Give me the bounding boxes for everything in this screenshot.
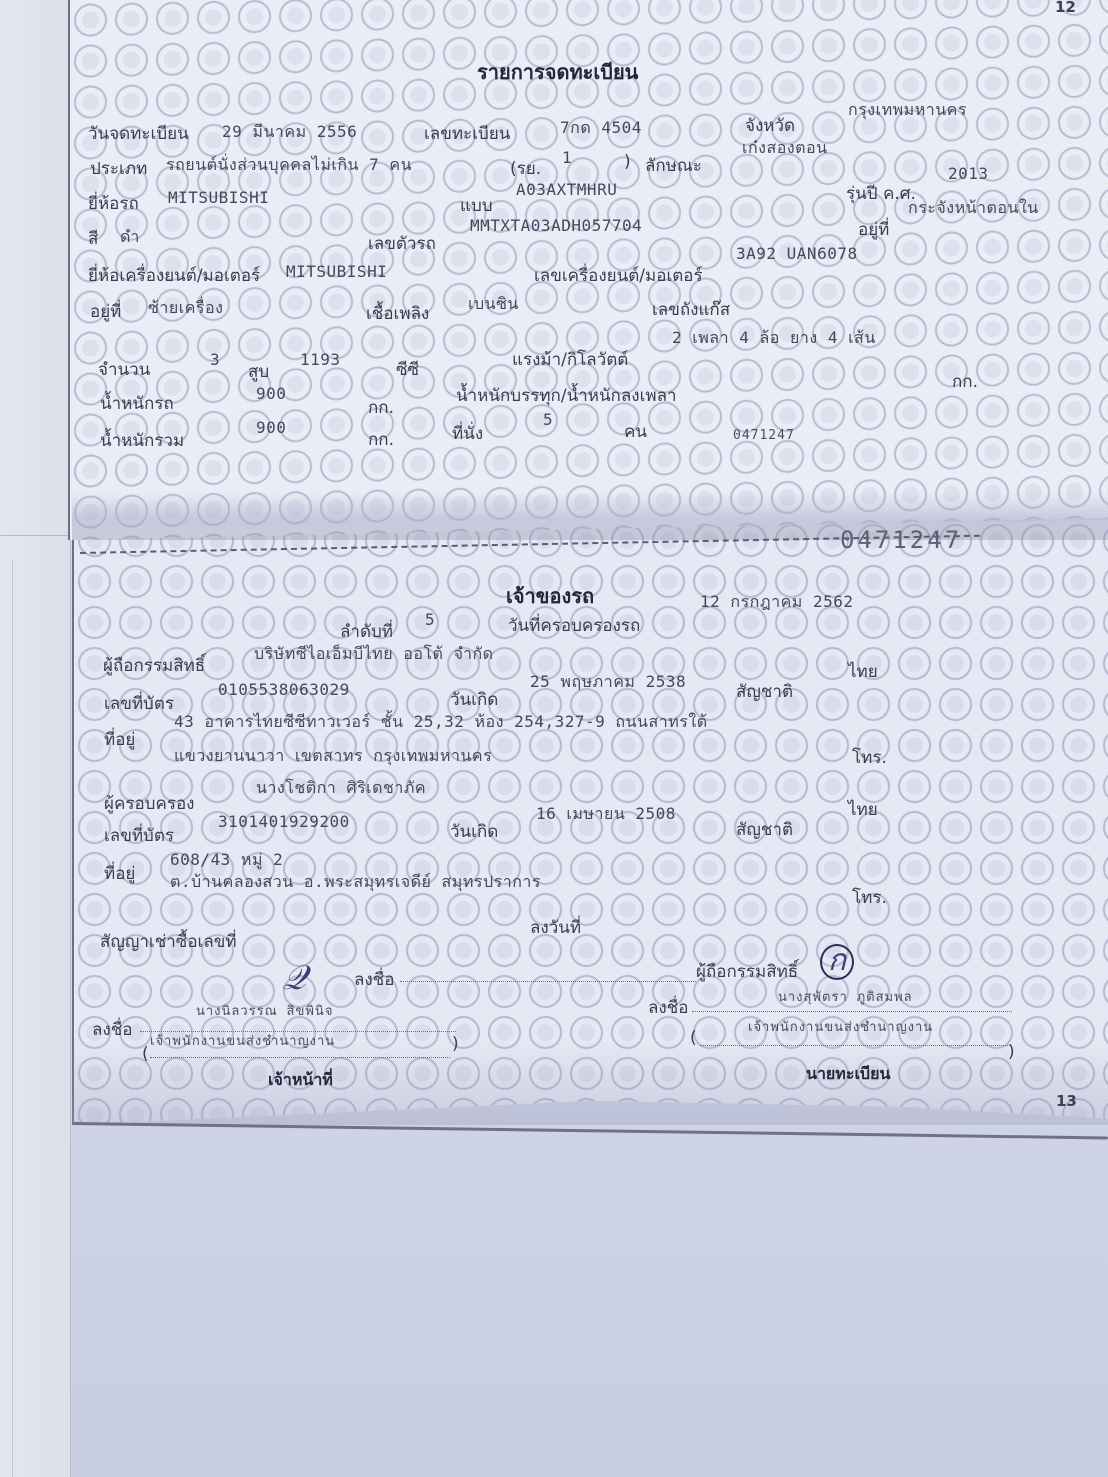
engine-no-value: 3A92 UAN6078 bbox=[736, 244, 858, 263]
underlying-page bbox=[0, 0, 71, 1477]
possession-date-label: วันที่ครอบครองรถ bbox=[508, 612, 640, 639]
holder-nationality-label: สัญชาติ bbox=[736, 678, 793, 705]
registrar-open-paren: ( bbox=[690, 1028, 697, 1048]
model-value: A03AXTMHRU bbox=[516, 180, 617, 199]
style-label: ลักษณะ bbox=[645, 152, 702, 179]
plate-value: 7กด 4504 bbox=[560, 116, 642, 141]
registrar-position-line bbox=[700, 1044, 1010, 1046]
engine-no-label: เลขเครื่องยนต์/มอเตอร์ bbox=[534, 262, 703, 289]
registration-title: รายการจดทะเบียน bbox=[477, 56, 638, 88]
color-value: ดำ bbox=[120, 225, 140, 250]
registrar-sign-label: ลงชื่อ bbox=[648, 994, 688, 1021]
registrar-position: เจ้าพนักงานขนส่งชำนาญงาน bbox=[748, 1016, 933, 1037]
page-number-top: 12 bbox=[1055, 0, 1076, 16]
possessor-birth-label: วันเกิด bbox=[450, 818, 498, 845]
weight-label: น้ำหนักรถ bbox=[100, 390, 174, 417]
fuel-value: เบนซิน bbox=[468, 292, 519, 317]
cc-unit: ซีซี bbox=[396, 356, 419, 383]
province-value: กรุงเทพมหานคร bbox=[848, 98, 967, 123]
weight-value: 900 bbox=[256, 384, 286, 403]
officer-handwritten-signature: 𝒬 bbox=[282, 958, 306, 998]
reg-date-label: วันจดทะเบียน bbox=[88, 120, 189, 147]
registrar-name: นางสุพัตรา ภูติสมพล bbox=[778, 986, 913, 1007]
ry-label: (รย. bbox=[510, 155, 541, 182]
vin-value: MMTXTA03ADH057704 bbox=[470, 216, 642, 235]
province-label: จังหวัด bbox=[745, 112, 795, 139]
holder-label: ผู้ถือกรรมสิทธิ์ bbox=[103, 652, 205, 679]
fuel-label: เชื้อเพลิง bbox=[366, 300, 429, 327]
ry-close: ) bbox=[624, 152, 631, 172]
seq-label: ลำดับที่ bbox=[340, 618, 393, 645]
possessor-birth-value: 16 เมษายน 2508 bbox=[536, 802, 676, 827]
serial-number: 0471247 bbox=[840, 526, 962, 554]
holder-value: บริษัทซีไอเอ็มบีไทย ออโต้ จำกัด bbox=[254, 642, 494, 667]
cylinders-value: 3 bbox=[210, 350, 220, 369]
possessor-id-label: เลขที่บัตร bbox=[104, 822, 174, 849]
officer-position: เจ้าพนักงานขนส่งชำนาญงาน bbox=[150, 1030, 335, 1051]
ry-value: 1 bbox=[562, 148, 572, 167]
type-value: รถยนต์นั่งส่วนบุคคลไม่เกิน 7 คน bbox=[166, 153, 412, 178]
registrar-role: นายทะเบียน bbox=[806, 1062, 890, 1087]
registrar-sign-line bbox=[692, 1010, 1012, 1012]
possession-date-value: 12 กรกฎาคม 2562 bbox=[700, 590, 854, 615]
registrar-close-paren: ) bbox=[1008, 1042, 1015, 1062]
officer-name: นางนิลวรรณ สิขพินิจ bbox=[196, 1000, 333, 1021]
vin-location-label: อยู่ที่ bbox=[858, 216, 889, 243]
type-label: ประเภท bbox=[90, 155, 147, 182]
holder-address-line-1: 43 อาคารไทยซีซีทาวเวอร์ ชั้น 25,32 ห้อง … bbox=[174, 710, 708, 735]
style-value: เก๋งสองตอน bbox=[742, 136, 828, 161]
cylinders-unit: สูบ bbox=[248, 358, 269, 385]
officer-sign-label: ลงชื่อ bbox=[92, 1016, 132, 1043]
holder-handwritten-signature: ก bbox=[820, 944, 854, 980]
gross-unit: กก. bbox=[368, 426, 394, 453]
seats-unit: คน bbox=[624, 418, 647, 445]
holder-birth-value: 25 พฤษภาคม 2538 bbox=[530, 670, 686, 695]
officer-position-line bbox=[150, 1056, 450, 1058]
possessor-nationality-label: สัญชาติ bbox=[736, 816, 793, 843]
holder-sign-label: ลงชื่อ bbox=[354, 966, 394, 993]
year-value: 2013 bbox=[948, 164, 989, 183]
engine-brand-value: MITSUBISHI bbox=[286, 262, 387, 281]
possessor-nationality-value: ไทย bbox=[848, 796, 878, 823]
officer-close-paren: ) bbox=[452, 1034, 459, 1054]
holder-birth-label: วันเกิด bbox=[450, 686, 498, 713]
holder-id-label: เลขที่บัตร bbox=[104, 690, 174, 717]
brand-label: ยี่ห้อรถ bbox=[88, 190, 139, 217]
seats-label: ที่นั่ง bbox=[452, 420, 483, 447]
cc-value: 1193 bbox=[300, 350, 341, 369]
lease-contract-label: สัญญาเช่าซื้อเลขที่ bbox=[100, 928, 237, 955]
vin-label: เลขตัวรถ bbox=[368, 230, 436, 257]
holder-tel-label: โทร. bbox=[852, 744, 887, 771]
seats-value: 5 bbox=[543, 410, 553, 429]
engine-brand-label: ยี่ห้อเครื่องยนต์/มอเตอร์ bbox=[88, 262, 260, 289]
gross-label: น้ำหนักรวม bbox=[100, 427, 184, 454]
holder-address-label: ที่อยู่ bbox=[104, 726, 135, 753]
holder-address-line-2: แขวงยานนาวา เขตสาทร กรุงเทพมหานคร bbox=[174, 744, 492, 769]
possessor-id-value: 3101401929200 bbox=[218, 812, 350, 831]
holder-nationality-value: ไทย bbox=[848, 658, 878, 685]
possessor-address-label: ที่อยู่ bbox=[104, 860, 135, 887]
owner-title: เจ้าของรถ bbox=[506, 580, 594, 612]
underlying-fold bbox=[0, 535, 75, 536]
holder-sign-line bbox=[400, 980, 696, 982]
hp-label: แรงม้า/กิโลวัตต์ bbox=[512, 346, 628, 373]
possessor-label: ผู้ครอบครอง bbox=[104, 790, 194, 817]
year-label: รุ่นปี ค.ศ. bbox=[846, 180, 916, 207]
seq-value: 5 bbox=[425, 610, 435, 629]
weight-unit: กก. bbox=[368, 394, 394, 421]
holder-id-value: 0105538063029 bbox=[218, 680, 350, 699]
model-label: แบบ bbox=[460, 192, 493, 219]
reg-date-value: 29 มีนาคม 2556 bbox=[222, 120, 357, 145]
possessor-value: นางโชติกา ศิริเดชาภัค bbox=[256, 776, 426, 801]
gas-tank-label: เลขถังแก๊ส bbox=[652, 296, 730, 323]
plate-label: เลขทะเบียน bbox=[424, 120, 510, 147]
possessor-tel-label: โทร. bbox=[852, 884, 887, 911]
officer-role: เจ้าหน้าที่ bbox=[268, 1068, 333, 1093]
engine-location-value: ซ้ายเครื่อง bbox=[148, 296, 223, 321]
color-label: สี bbox=[88, 225, 98, 252]
brand-value: MITSUBISHI bbox=[168, 188, 269, 207]
axles-wheels: 2 เพลา 4 ล้อ ยาง 4 เส้น bbox=[672, 326, 876, 351]
load-label: น้ำหนักบรรทุก/น้ำหนักลงเพลา bbox=[456, 382, 677, 409]
load-unit: กก. bbox=[952, 368, 978, 395]
possessor-address-line-2: ต.บ้านคลองสวน อ.พระสมุทรเจดีย์ สมุทรปราก… bbox=[170, 870, 541, 895]
bottom-shadow bbox=[72, 1040, 1108, 1125]
gross-value: 900 bbox=[256, 418, 286, 437]
page-number-bottom: 13 bbox=[1056, 1092, 1077, 1110]
engine-location-label: อยู่ที่ bbox=[90, 298, 121, 325]
vin-location-value: กระจังหน้าตอนใน bbox=[908, 196, 1039, 221]
sign-date-label: ลงวันที่ bbox=[530, 914, 581, 941]
officer-open-paren: ( bbox=[142, 1044, 149, 1064]
holder-signature-caption: ผู้ถือกรรมสิทธิ์ bbox=[696, 958, 798, 985]
cylinders-label: จำนวน bbox=[98, 356, 150, 383]
document-number: 0471247 bbox=[733, 428, 795, 443]
